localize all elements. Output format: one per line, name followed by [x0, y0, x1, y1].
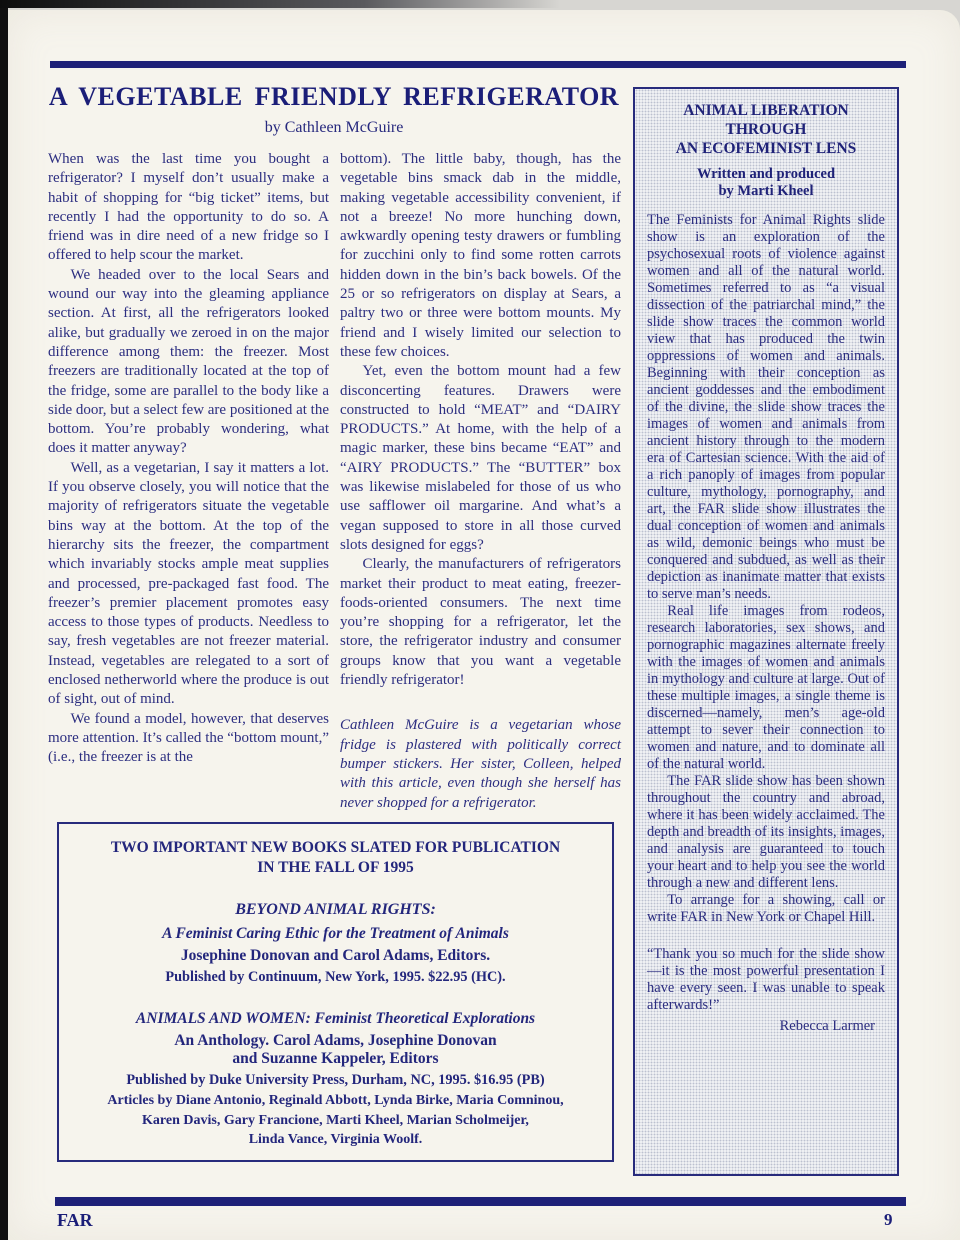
books-box-heading-line2: IN THE FALL OF 1995 [75, 858, 596, 878]
book1-publisher: Published by Continuum, New York, 1995. … [75, 969, 596, 986]
page-content: A VEGETABLE FRIENDLY REFRIGERATOR by Cat… [0, 0, 960, 1240]
sidebar-paragraph: Real life images from rodeos, research l… [647, 603, 885, 773]
book2-articles-line2: Karen Davis, Gary Francione, Marti Kheel… [75, 1111, 596, 1131]
book1-title: BEYOND ANIMAL RIGHTS: [75, 901, 596, 919]
sidebar-paragraph: To arrange for a showing, call or write … [647, 892, 885, 926]
sidebar-paragraph: The Feminists for Animal Rights slide sh… [647, 212, 885, 603]
paragraph: We found a model, however, that deserves… [48, 710, 329, 768]
sidebar-credit-line1: Written and produced [647, 166, 885, 183]
ecofeminist-sidebar: ANIMAL LIBERATION THROUGH AN ECOFEMINIST… [633, 87, 899, 1176]
sidebar-body: The Feminists for Animal Rights slide sh… [647, 212, 885, 1035]
bottom-rule [55, 1197, 906, 1206]
book2-anthology-line2: and Suzanne Kappeler, Editors [75, 1050, 596, 1068]
sidebar-title-line1: ANIMAL LIBERATION THROUGH [647, 101, 885, 139]
paragraph: When was the last time you bought a refr… [48, 150, 329, 266]
paragraph: Well, as a vegetarian, I say it matters … [48, 459, 329, 710]
article-column-1: When was the last time you bought a refr… [48, 150, 329, 812]
books-box-heading-line1: TWO IMPORTANT NEW BOOKS SLATED FOR PUBLI… [75, 838, 596, 858]
article-column-2: bottom). The little baby, though, has th… [340, 150, 621, 812]
book2-articles-line1: Articles by Diane Antonio, Reginald Abbo… [75, 1091, 596, 1111]
book2-anthology-line1: An Anthology. Carol Adams, Josephine Don… [75, 1032, 596, 1050]
book2-publisher: Published by Duke University Press, Durh… [75, 1072, 596, 1089]
article-title: A VEGETABLE FRIENDLY REFRIGERATOR [48, 82, 620, 112]
paragraph: We headed over to the local Sears and wo… [48, 266, 329, 459]
scanned-page: A VEGETABLE FRIENDLY REFRIGERATOR by Cat… [0, 0, 960, 1240]
top-rule [50, 61, 906, 68]
paragraph: bottom). The little baby, though, has th… [340, 150, 621, 362]
sidebar-credit-line2: by Marti Kheel [647, 183, 885, 200]
testimonial-attribution: Rebecca Larmer [647, 1018, 885, 1035]
footer-page-number: 9 [884, 1210, 893, 1230]
books-announcement-box: TWO IMPORTANT NEW BOOKS SLATED FOR PUBLI… [57, 822, 614, 1162]
article-body: When was the last time you bought a refr… [48, 150, 622, 812]
book1-subtitle: A Feminist Caring Ethic for the Treatmen… [75, 925, 596, 943]
sidebar-credit: Written and produced by Marti Kheel [647, 166, 885, 200]
article-byline: by Cathleen McGuire [48, 119, 620, 137]
testimonial-quote: “Thank you so much for the slide show—it… [647, 946, 885, 1014]
book-entry-1: BEYOND ANIMAL RIGHTS: A Feminist Caring … [75, 901, 596, 986]
book2-title: ANIMALS AND WOMEN: Feminist Theoretical … [75, 1010, 596, 1028]
sidebar-title: ANIMAL LIBERATION THROUGH AN ECOFEMINIST… [647, 101, 885, 158]
book1-editors: Josephine Donovan and Carol Adams, Edito… [75, 947, 596, 965]
sidebar-paragraph: The FAR slide show has been shown throug… [647, 773, 885, 892]
article-header: A VEGETABLE FRIENDLY REFRIGERATOR by Cat… [48, 82, 620, 137]
sidebar-title-line2: AN ECOFEMINIST LENS [647, 139, 885, 158]
paragraph: Yet, even the bottom mount had a few dis… [340, 362, 621, 555]
paragraph: Clearly, the manufacturers of refrigerat… [340, 555, 621, 690]
book-entry-2: ANIMALS AND WOMEN: Feminist Theoretical … [75, 1010, 596, 1150]
author-bio: Cathleen McGuire is a vegetarian whose f… [340, 716, 621, 812]
book2-articles: Articles by Diane Antonio, Reginald Abbo… [75, 1091, 596, 1150]
footer-publication-name: FAR [57, 1210, 93, 1231]
book2-articles-line3: Linda Vance, Virginia Woolf. [75, 1130, 596, 1150]
books-box-heading: TWO IMPORTANT NEW BOOKS SLATED FOR PUBLI… [75, 838, 596, 879]
